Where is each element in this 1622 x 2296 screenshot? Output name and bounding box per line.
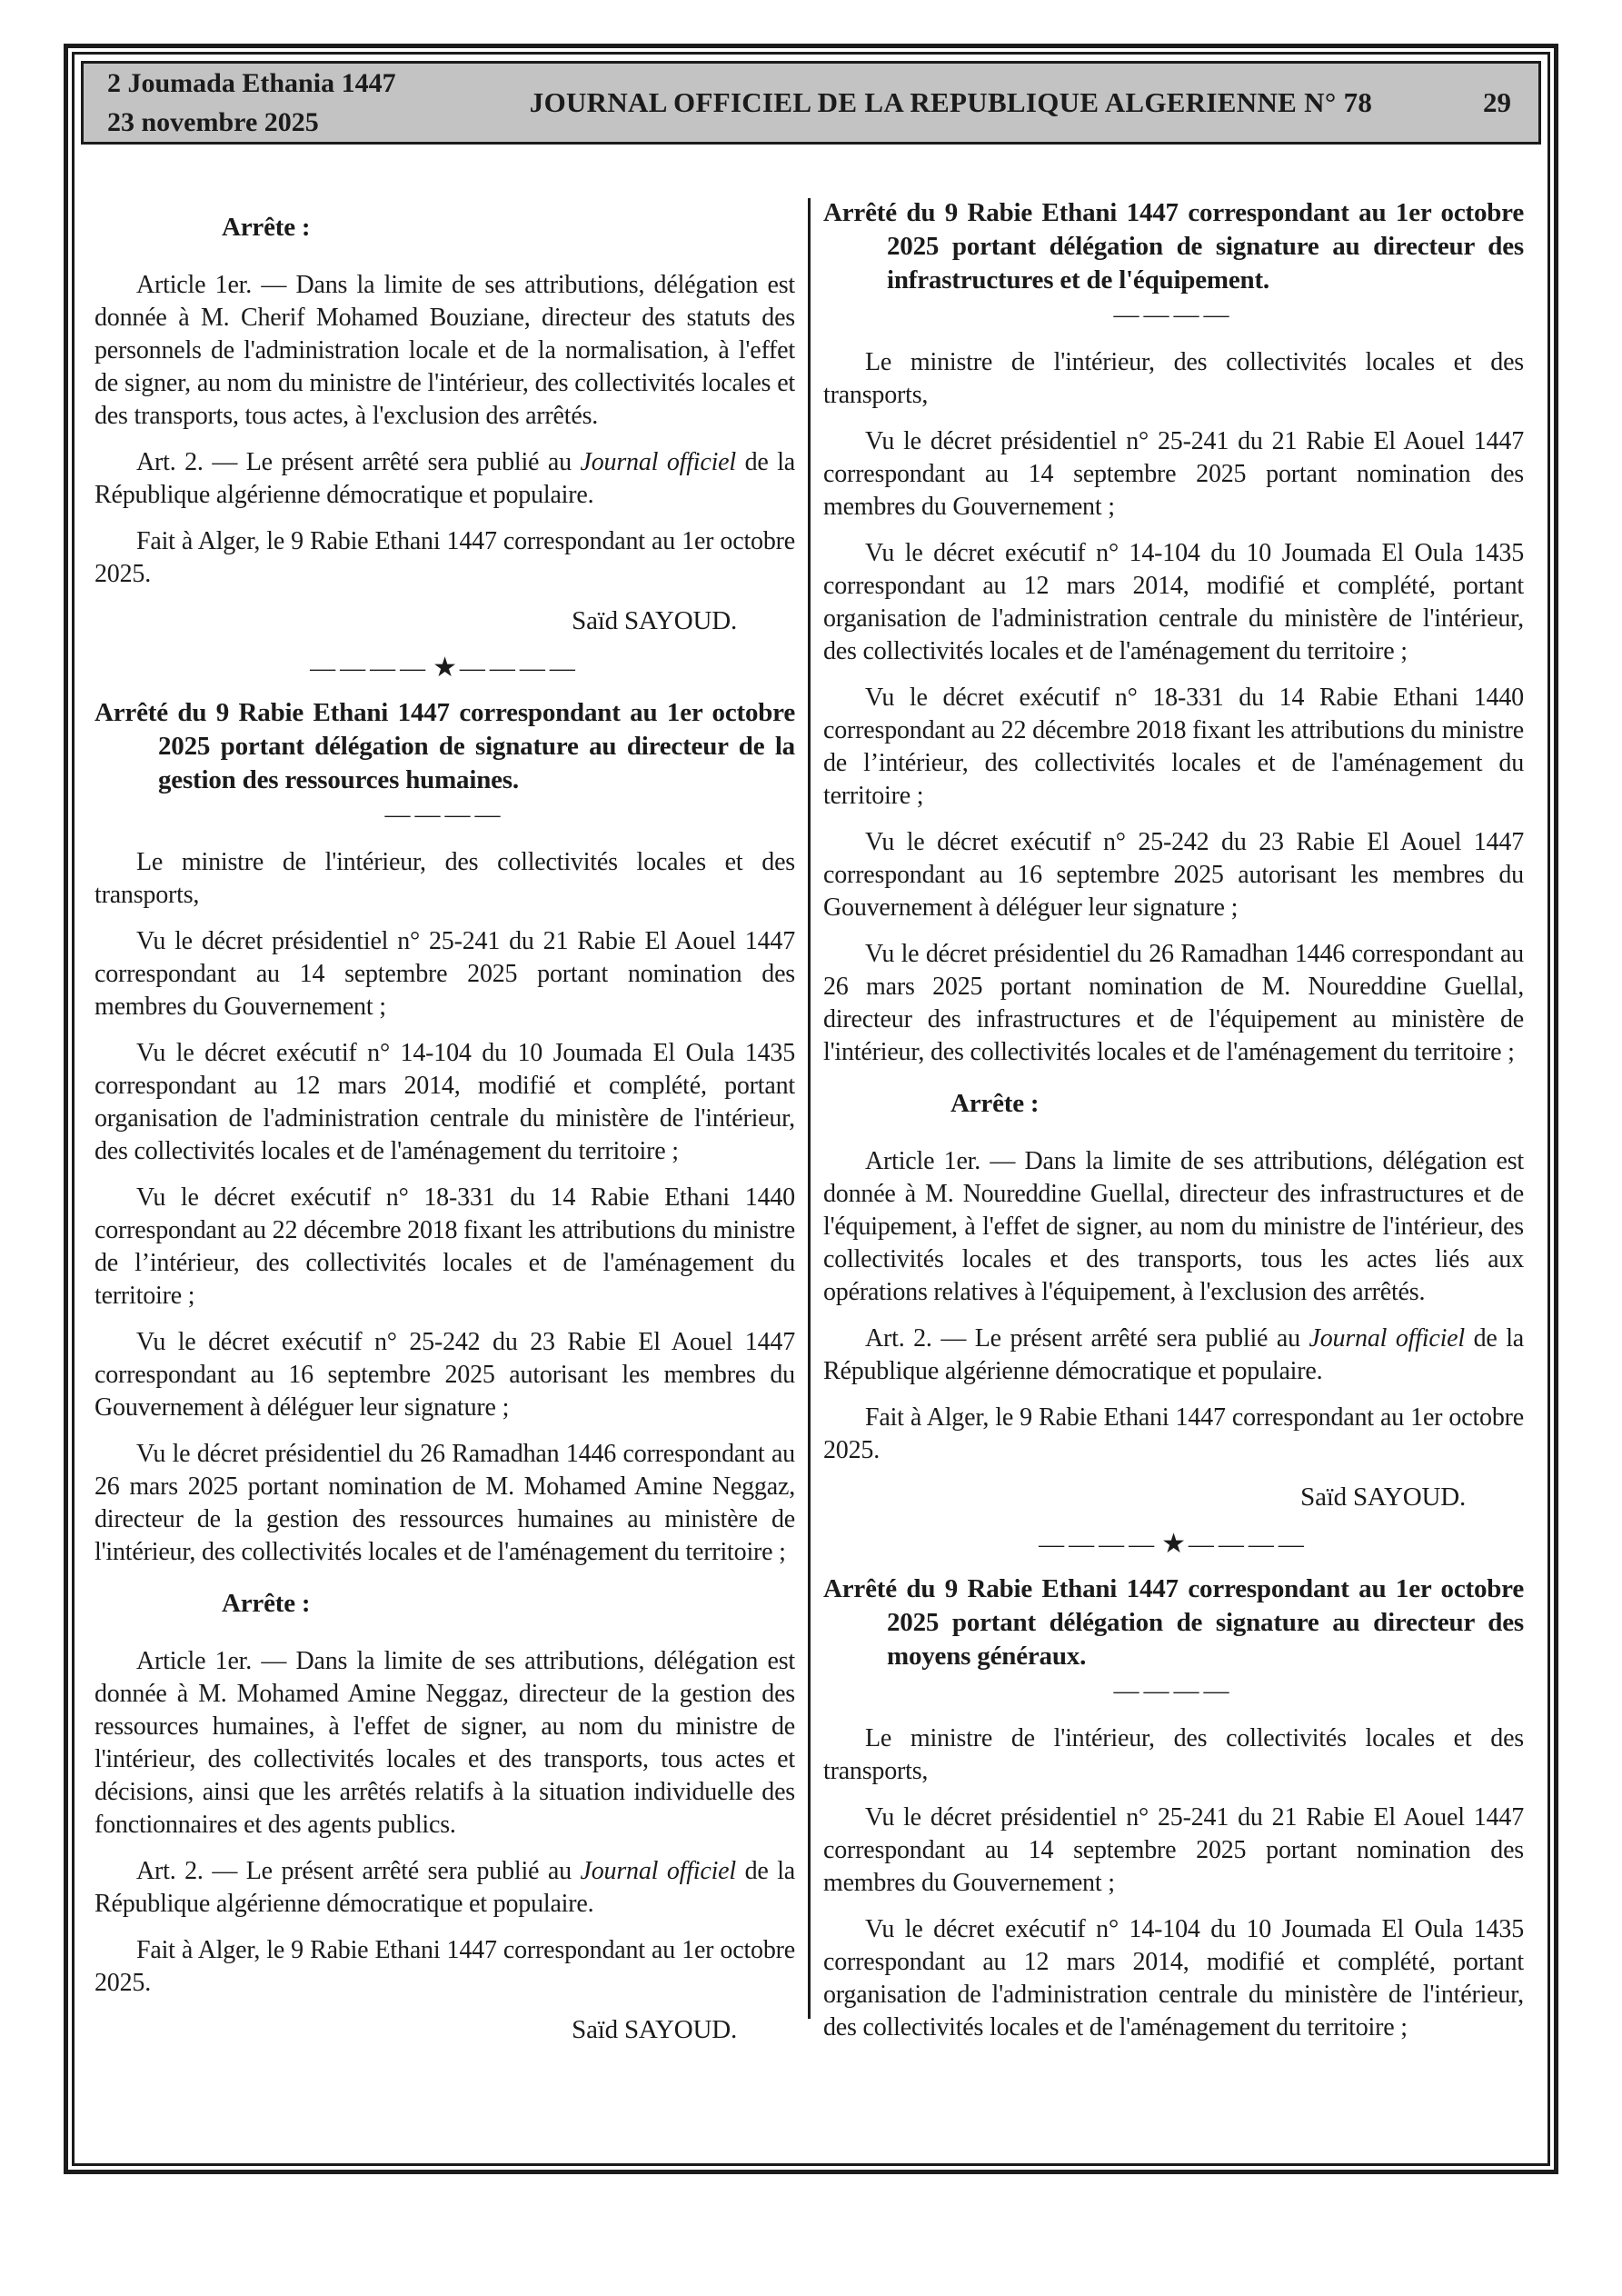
column-divider: [808, 198, 811, 2019]
left-column: Arrête : Article 1er. — Dans la limite d…: [95, 193, 795, 2061]
page-frame-outer: 2 Joumada Ethania 1447 23 novembre 2025 …: [64, 44, 1558, 2174]
minister-paragraph: Le ministre de l'intérieur, des collecti…: [95, 846, 795, 912]
art2-paragraph: Art. 2. — Le présent arrêté sera publié …: [95, 1855, 795, 1921]
visa-paragraph: Vu le décret exécutif n° 14-104 du 10 Jo…: [823, 1913, 1524, 2044]
decree-heading: Arrêté du 9 Rabie Ethani 1447 correspond…: [823, 1572, 1524, 1673]
visa-paragraph: Vu le décret exécutif n° 25-242 du 23 Ra…: [823, 826, 1524, 924]
visa-paragraph: Vu le décret présidentiel du 26 Ramadhan…: [95, 1438, 795, 1569]
art2-paragraph: Art. 2. — Le présent arrêté sera publié …: [823, 1323, 1524, 1388]
dash-separator: ————: [95, 799, 795, 832]
article-1-paragraph: Article 1er. — Dans la limite de ses att…: [95, 269, 795, 433]
signature: Saïd SAYOUD.: [95, 604, 795, 637]
date-line-paragraph: Fait à Alger, le 9 Rabie Ethani 1447 cor…: [823, 1402, 1524, 1467]
separator-dashes: ————: [1039, 1531, 1159, 1559]
article-1-paragraph: Article 1er. — Dans la limite de ses att…: [95, 1645, 795, 1842]
decree-heading: Arrêté du 9 Rabie Ethani 1447 correspond…: [95, 696, 795, 797]
page-header: 2 Joumada Ethania 1447 23 novembre 2025 …: [81, 61, 1541, 145]
minister-paragraph: Le ministre de l'intérieur, des collecti…: [823, 346, 1524, 412]
journal-officiel-italic: Journal officiel: [581, 448, 736, 476]
star-separator: ————★————: [823, 1528, 1524, 1562]
signature: Saïd SAYOUD.: [95, 2013, 795, 2046]
visa-paragraph: Vu le décret exécutif n° 25-242 du 23 Ra…: [95, 1326, 795, 1424]
header-date-hijri: 2 Joumada Ethania 1447: [107, 64, 498, 103]
date-line-paragraph: Fait à Alger, le 9 Rabie Ethani 1447 cor…: [95, 1934, 795, 2000]
page-number: 29: [1404, 86, 1538, 119]
separator-dashes: ————: [460, 654, 580, 683]
star-icon: ★: [1159, 1529, 1189, 1559]
visa-paragraph: Vu le décret exécutif n° 14-104 du 10 Jo…: [95, 1037, 795, 1168]
art2-pre: Art. 2. — Le présent arrêté sera publié …: [865, 1324, 1309, 1353]
signature: Saïd SAYOUD.: [823, 1481, 1524, 1513]
arrete-subheading: Arrête :: [222, 211, 795, 244]
star-icon: ★: [430, 653, 460, 683]
journal-page: { "colors": { "page_background": "#fffff…: [0, 0, 1622, 2296]
visa-paragraph: Vu le décret présidentiel n° 25-241 du 2…: [823, 425, 1524, 524]
journal-officiel-italic: Journal officiel: [1309, 1324, 1465, 1353]
star-separator: ————★————: [95, 652, 795, 685]
date-line-paragraph: Fait à Alger, le 9 Rabie Ethani 1447 cor…: [95, 525, 795, 591]
art2-pre: Art. 2. — Le présent arrêté sera publié …: [136, 448, 581, 476]
visa-paragraph: Vu le décret exécutif n° 14-104 du 10 Jo…: [823, 537, 1524, 668]
journal-title: JOURNAL OFFICIEL DE LA REPUBLIQUE ALGERI…: [498, 86, 1404, 119]
art2-paragraph: Art. 2. — Le présent arrêté sera publié …: [95, 446, 795, 512]
journal-officiel-italic: Journal officiel: [581, 1857, 736, 1885]
header-date-gregorian: 23 novembre 2025: [107, 103, 498, 142]
visa-paragraph: Vu le décret présidentiel n° 25-241 du 2…: [95, 925, 795, 1023]
header-dates: 2 Joumada Ethania 1447 23 novembre 2025: [84, 64, 498, 142]
arrete-subheading: Arrête :: [950, 1087, 1524, 1120]
page-frame-inner: 2 Joumada Ethania 1447 23 novembre 2025 …: [72, 52, 1550, 2166]
separator-dashes: ————: [1189, 1531, 1309, 1559]
visa-paragraph: Vu le décret exécutif n° 18-331 du 14 Ra…: [95, 1182, 795, 1313]
visa-paragraph: Vu le décret exécutif n° 18-331 du 14 Ra…: [823, 682, 1524, 813]
dash-separator: ————: [823, 299, 1524, 332]
visa-paragraph: Vu le décret présidentiel n° 25-241 du 2…: [823, 1802, 1524, 1900]
page-content: Arrête : Article 1er. — Dans la limite d…: [75, 151, 1547, 2061]
separator-dashes: ————: [310, 654, 430, 683]
arrete-subheading: Arrête :: [222, 1587, 795, 1620]
right-column: Arrêté du 9 Rabie Ethani 1447 correspond…: [823, 193, 1524, 2061]
visa-paragraph: Vu le décret présidentiel du 26 Ramadhan…: [823, 938, 1524, 1069]
decree-heading: Arrêté du 9 Rabie Ethani 1447 correspond…: [823, 196, 1524, 297]
article-1-paragraph: Article 1er. — Dans la limite de ses att…: [823, 1145, 1524, 1309]
dash-separator: ————: [823, 1675, 1524, 1708]
minister-paragraph: Le ministre de l'intérieur, des collecti…: [823, 1722, 1524, 1788]
art2-pre: Art. 2. — Le présent arrêté sera publié …: [136, 1857, 581, 1885]
